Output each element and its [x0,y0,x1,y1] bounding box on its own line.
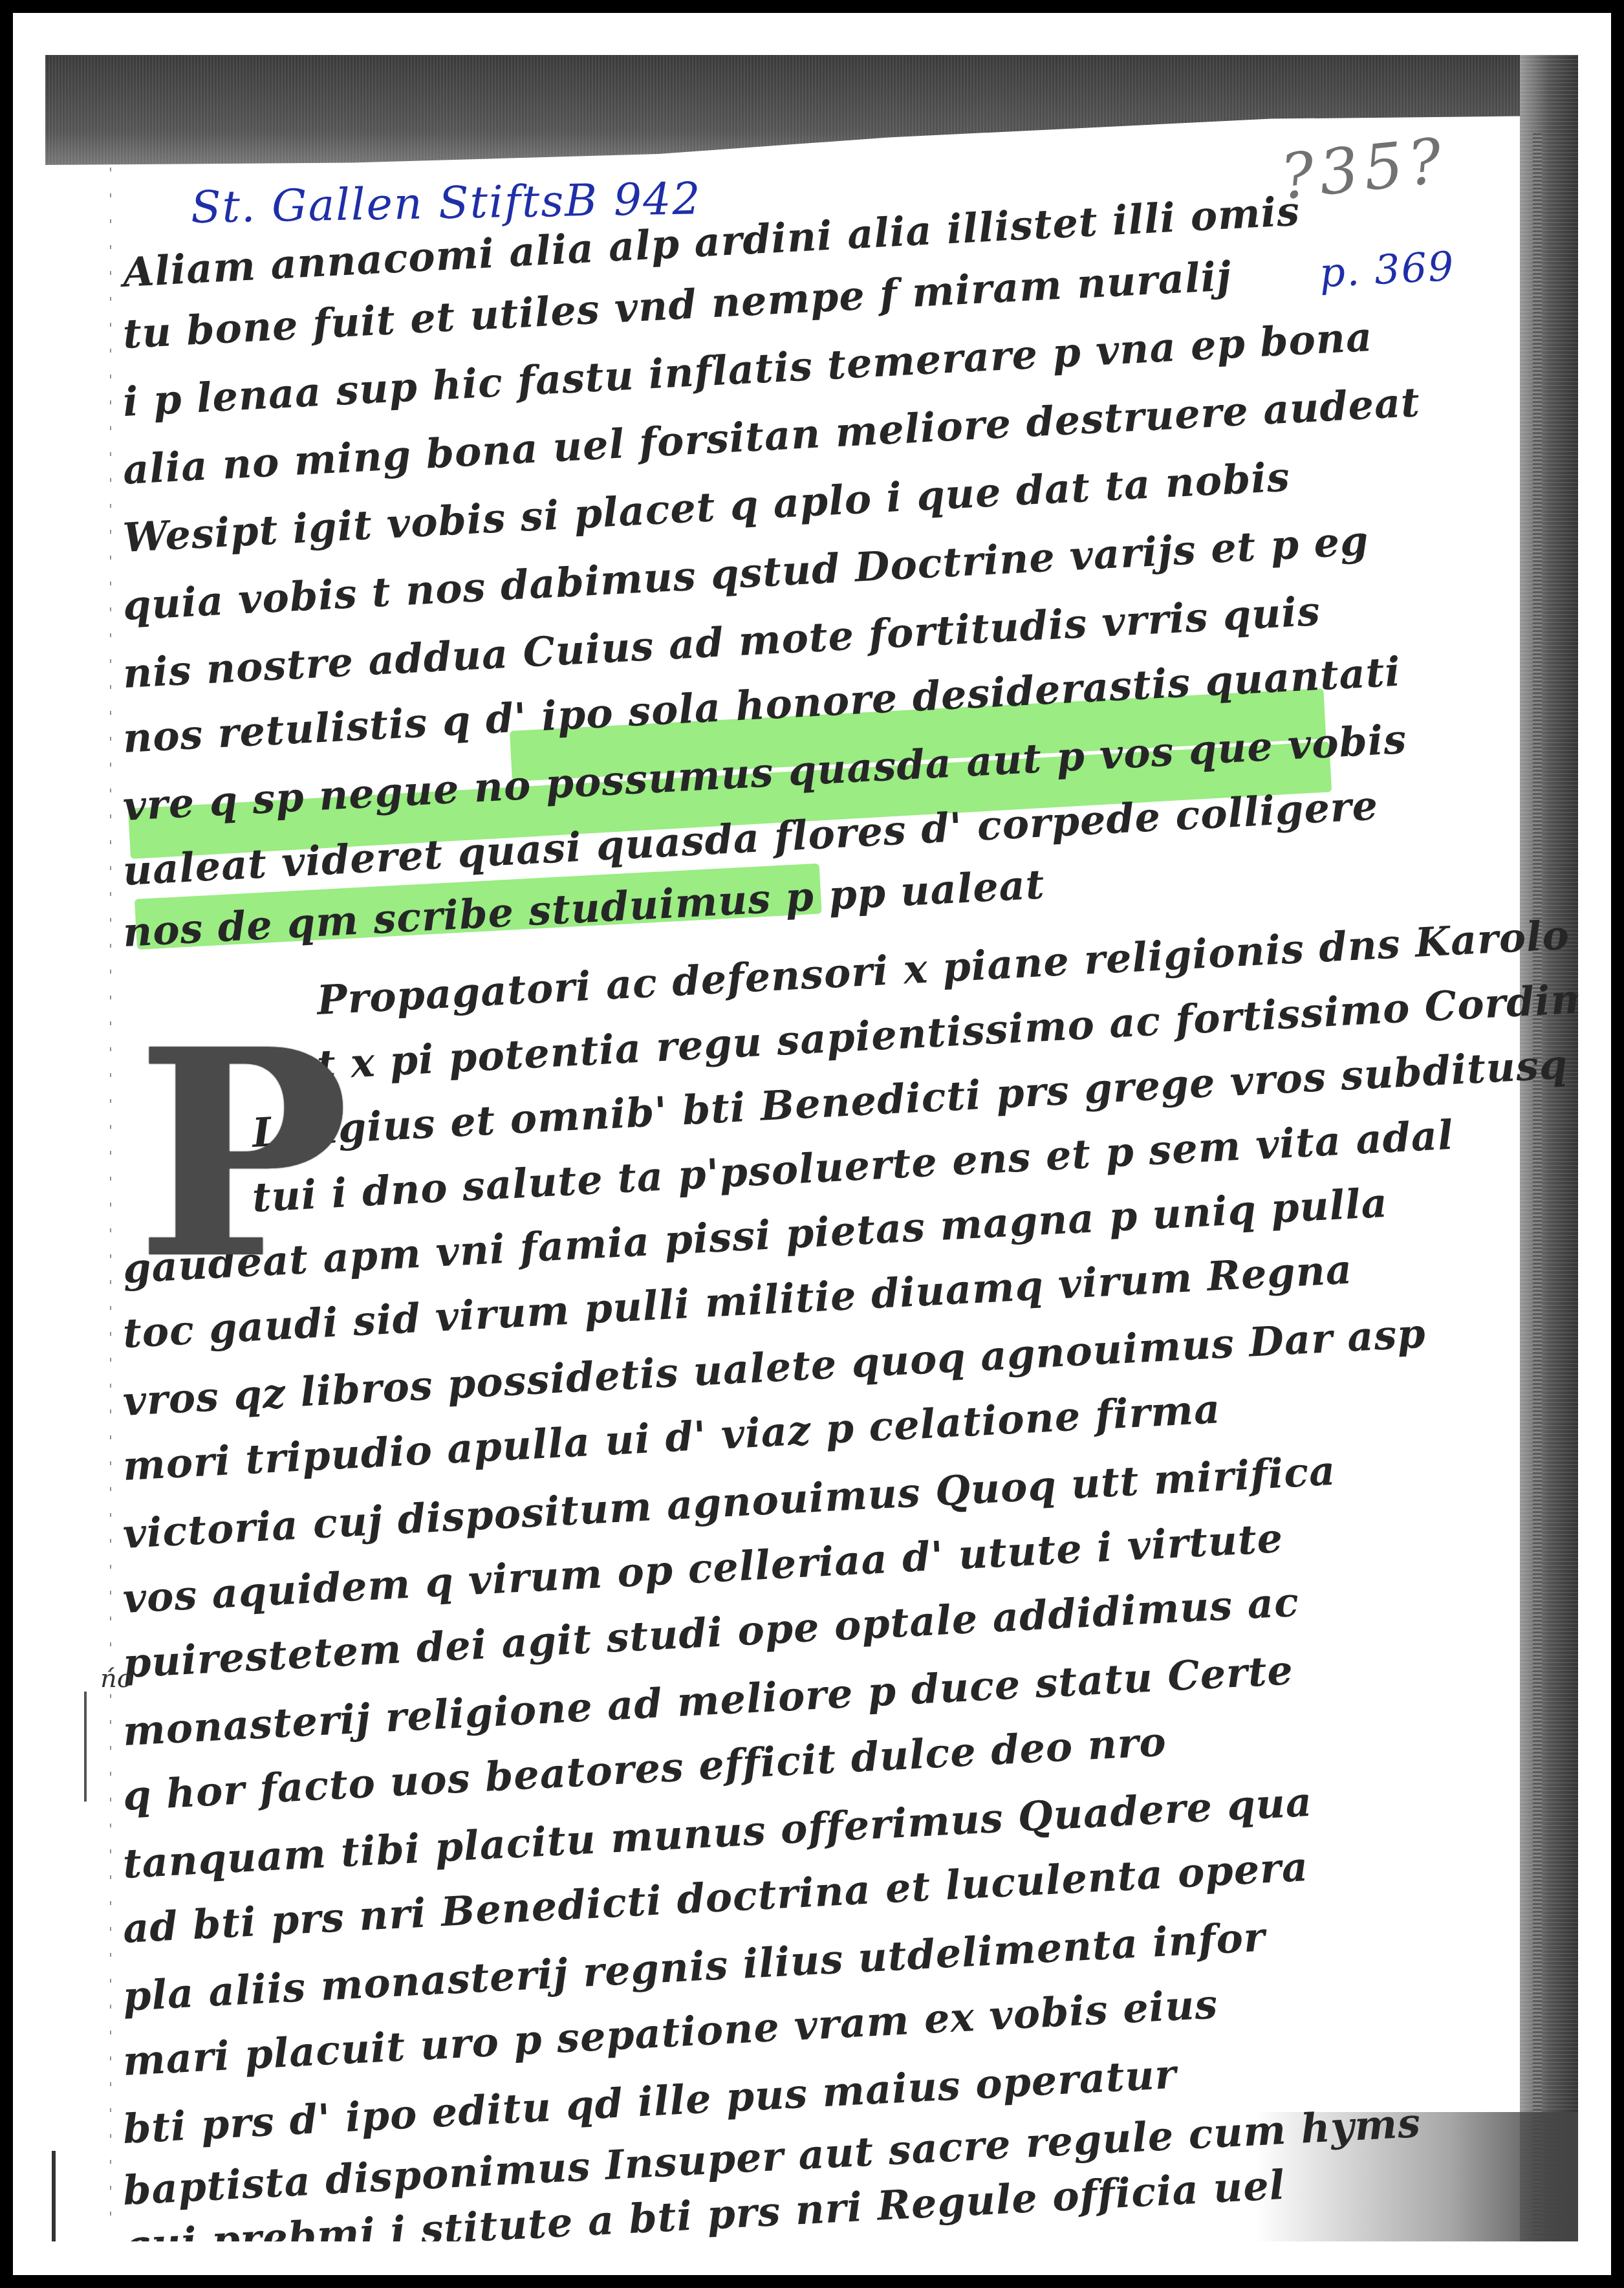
right-edge-shadow [1520,55,1578,2241]
pencil-folio-number: ?35? [1277,124,1450,213]
margin-note: ńo [100,1666,133,1692]
margin-stroke [84,1692,87,1802]
decorated-initial-letter: P [136,1012,350,1297]
page-edge-line [1533,133,1542,2235]
page-number-annotation: p. 369 [1318,243,1456,297]
left-ruling-mark [52,2151,56,2241]
left-ruling-line [110,146,111,2216]
manuscript-scan: ?35? St. Gallen StiftsB 942 p. 369 Aliam… [45,55,1578,2241]
